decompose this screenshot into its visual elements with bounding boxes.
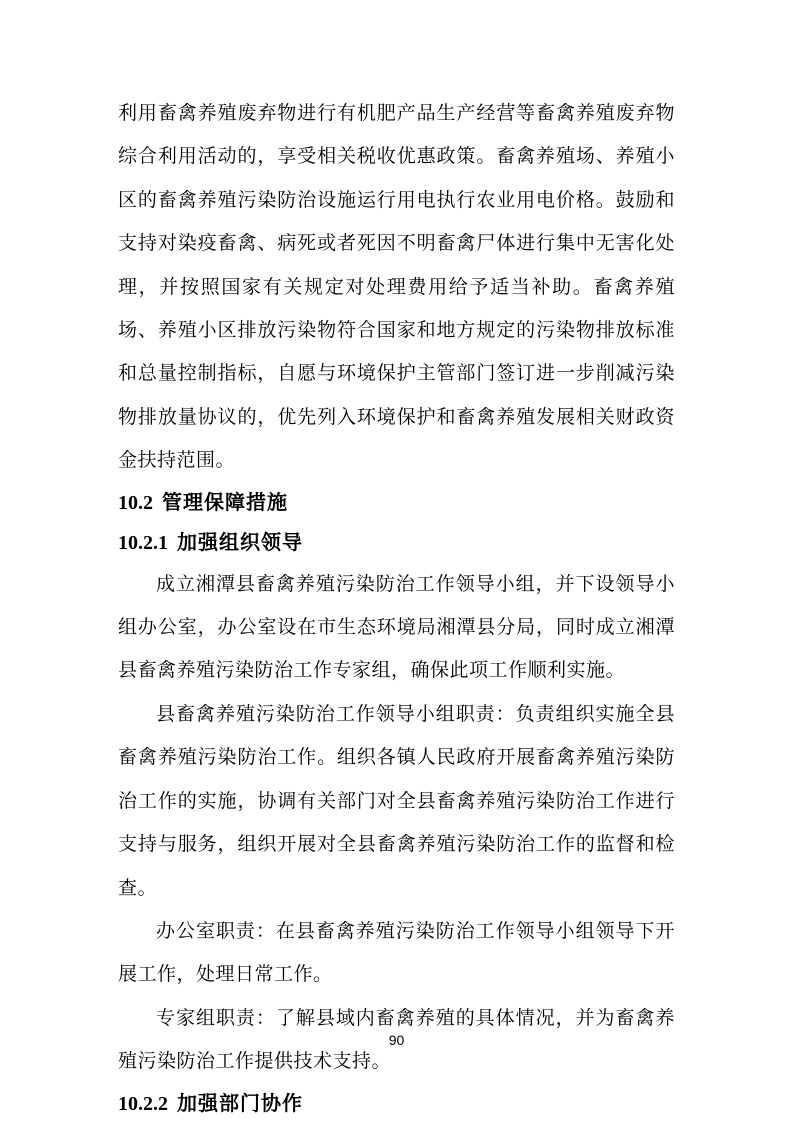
paragraph-tax-incentive-policy: 利用畜禽养殖废弃物进行有机肥产品生产经营等畜禽养殖废弃物综合利用活动的，享受相关… — [118, 92, 675, 483]
section-heading-10-2-1: 10.2.1加强组织领导 — [118, 523, 675, 563]
page-footer: 90 — [0, 1032, 793, 1050]
section-number-10-2-1: 10.2.1 — [118, 532, 168, 554]
document-page: 利用畜禽养殖废弃物进行有机肥产品生产经营等畜禽养殖废弃物综合利用活动的，享受相关… — [0, 0, 793, 1122]
section-number-10-2: 10.2 — [118, 492, 153, 514]
paragraph-leading-group-duties: 县畜禽养殖污染防治工作领导小组职责：负责组织实施全县畜禽养殖污染防治工作。组织各… — [118, 693, 675, 910]
page-number: 90 — [389, 1032, 405, 1048]
section-title-10-2-2: 加强部门协作 — [177, 1093, 303, 1115]
paragraph-leading-group-setup: 成立湘潭县畜禽养殖污染防治工作领导小组，并下设领导小组办公室，办公室设在市生态环… — [118, 563, 675, 693]
section-number-10-2-2: 10.2.2 — [118, 1093, 168, 1115]
section-heading-10-2-2: 10.2.2加强部门协作 — [118, 1084, 675, 1122]
paragraph-office-duties: 办公室职责：在县畜禽养殖污染防治工作领导小组领导下开展工作，处理日常工作。 — [118, 910, 675, 997]
section-heading-10-2: 10.2管理保障措施 — [118, 483, 675, 523]
section-title-10-2: 管理保障措施 — [162, 492, 288, 514]
page-content: 利用畜禽养殖废弃物进行有机肥产品生产经营等畜禽养殖废弃物综合利用活动的，享受相关… — [118, 92, 675, 1122]
section-title-10-2-1: 加强组织领导 — [177, 532, 303, 554]
